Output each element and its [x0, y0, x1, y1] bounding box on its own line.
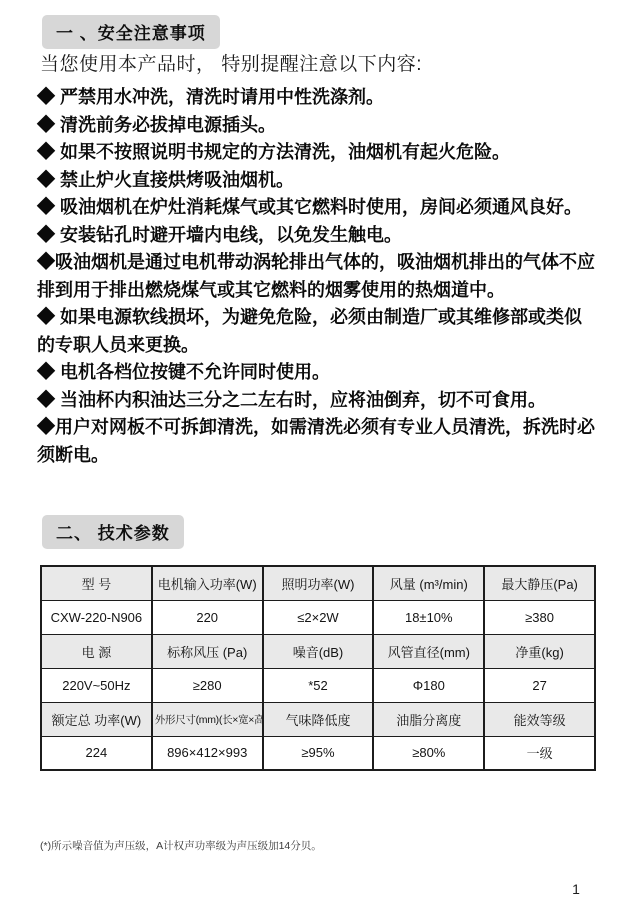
spec-header-cell: 噪音(dB): [263, 634, 374, 668]
spec-header-cell: 标称风压 (Pa): [152, 634, 263, 668]
spec-header-row: 电 源 标称风压 (Pa) 噪音(dB) 风管直径(mm) 净重(kg): [41, 634, 595, 668]
safety-intro-text: 当您使用本产品时， 特别提醒注意以下内容:: [40, 49, 422, 76]
spec-cell: *52: [263, 668, 374, 702]
safety-bullet: ◆ 禁止炉火直接烘烤吸油烟机。: [37, 167, 599, 195]
spec-cell: Φ180: [373, 668, 484, 702]
spec-cell: ≥380: [484, 600, 595, 634]
manual-page: 一 、安全注意事项 当您使用本产品时， 特别提醒注意以下内容: ◆ 严禁用水冲洗…: [0, 0, 636, 918]
safety-bullet: ◆ 如果不按照说明书规定的方法清洗，油烟机有起火危险。: [37, 139, 599, 167]
spec-header-cell: 照明功率(W): [263, 566, 374, 600]
section-title-safety: 一 、安全注意事项: [42, 15, 220, 49]
spec-cell: 27: [484, 668, 595, 702]
spec-cell: ≥95%: [263, 736, 374, 770]
page-number: 1: [560, 881, 592, 897]
spec-header-cell: 风量 (m³/min): [373, 566, 484, 600]
spec-header-cell: 电 源: [41, 634, 152, 668]
spec-cell: ≥280: [152, 668, 263, 702]
safety-bullet: ◆用户对网板不可拆卸清洗，如需清洗必须有专业人员清洗，拆洗时必须断电。: [37, 414, 599, 469]
safety-bullet: ◆ 安装钻孔时避开墙内电线，以免发生触电。: [37, 222, 599, 250]
safety-bullet: ◆ 如果电源软线损坏，为避免危险，必须由制造厂或其维修部或类似的专职人员来更换。: [37, 304, 599, 359]
spec-header-cell: 风管直径(mm): [373, 634, 484, 668]
spec-header-cell: 电机输入功率(W): [152, 566, 263, 600]
safety-bullet: ◆ 清洗前务必拔掉电源插头。: [37, 112, 599, 140]
safety-bullet: ◆ 当油杯内积油达三分之二左右时，应将油倒弃，切不可食用。: [37, 387, 599, 415]
spec-data-row: CXW-220-N906 220 ≤2×2W 18±10% ≥380: [41, 600, 595, 634]
safety-bullet-list: ◆ 严禁用水冲洗，清洗时请用中性洗涤剂。 ◆ 清洗前务必拔掉电源插头。 ◆ 如果…: [37, 84, 599, 469]
spec-cell: 220V~50Hz: [41, 668, 152, 702]
spec-cell: 224: [41, 736, 152, 770]
safety-bullet: ◆ 吸油烟机在炉灶消耗煤气或其它燃料时使用，房间必须通风良好。: [37, 194, 599, 222]
spec-header-cell: 油脂分离度: [373, 702, 484, 736]
noise-footnote: (*)所示噪音值为声压级，A计权声功率级为声压级加14分贝。: [40, 838, 322, 853]
spec-data-row: 224 896×412×993 ≥95% ≥80% 一级: [41, 736, 595, 770]
spec-header-cell: 额定总 功率(W): [41, 702, 152, 736]
spec-data-row: 220V~50Hz ≥280 *52 Φ180 27: [41, 668, 595, 702]
section-title-specs: 二、 技术参数: [42, 515, 184, 549]
spec-cell: ≤2×2W: [263, 600, 374, 634]
spec-cell: ≥80%: [373, 736, 484, 770]
safety-bullet: ◆ 电机各档位按键不允许同时使用。: [37, 359, 599, 387]
spec-table: 型 号 电机输入功率(W) 照明功率(W) 风量 (m³/min) 最大静压(P…: [40, 565, 596, 771]
spec-header-cell: 气味降低度: [263, 702, 374, 736]
spec-header-row: 额定总 功率(W) 外形尺寸(mm)(长×宽×高) 气味降低度 油脂分离度 能效…: [41, 702, 595, 736]
safety-bullet: ◆吸油烟机是通过电机带动涡轮排出气体的，吸油烟机排出的气体不应排到用于排出燃烧煤…: [37, 249, 599, 304]
spec-header-cell: 型 号: [41, 566, 152, 600]
spec-header-cell: 最大静压(Pa): [484, 566, 595, 600]
spec-cell: 220: [152, 600, 263, 634]
spec-header-cell: 净重(kg): [484, 634, 595, 668]
spec-cell: 18±10%: [373, 600, 484, 634]
spec-cell: 896×412×993: [152, 736, 263, 770]
spec-cell: 一级: [484, 736, 595, 770]
spec-cell: CXW-220-N906: [41, 600, 152, 634]
spec-header-cell: 外形尺寸(mm)(长×宽×高): [152, 702, 263, 736]
spec-header-cell: 能效等级: [484, 702, 595, 736]
spec-header-row: 型 号 电机输入功率(W) 照明功率(W) 风量 (m³/min) 最大静压(P…: [41, 566, 595, 600]
safety-bullet: ◆ 严禁用水冲洗，清洗时请用中性洗涤剂。: [37, 84, 599, 112]
